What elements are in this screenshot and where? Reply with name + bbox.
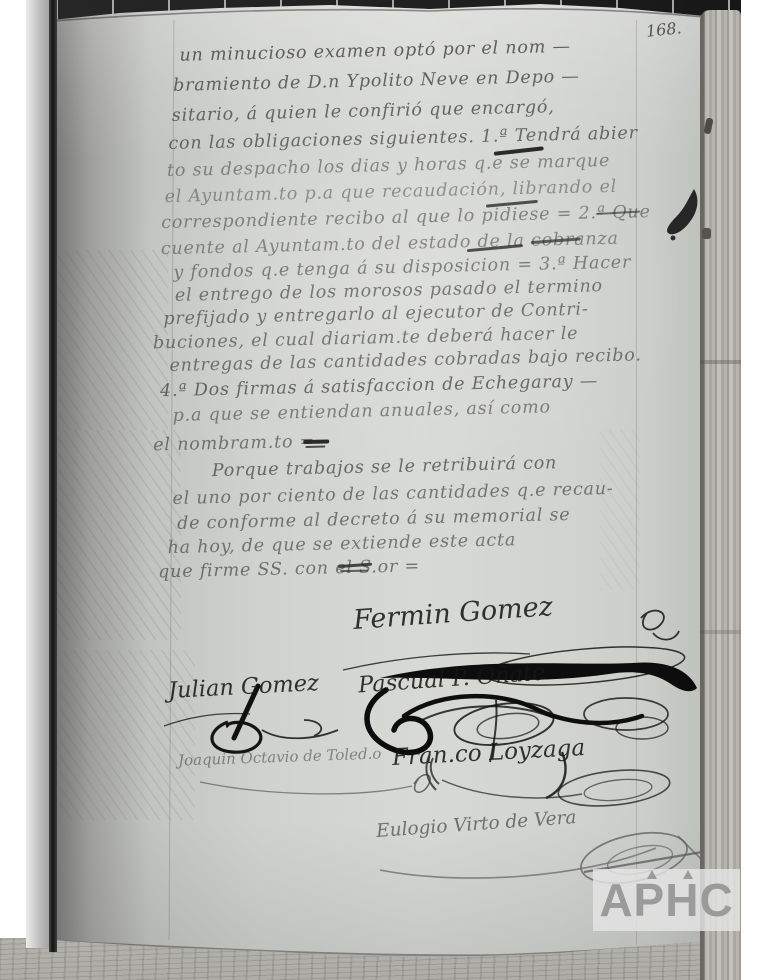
aphc-watermark: APHC [593,869,740,931]
watermark-text: APHC [593,869,740,931]
page-stack-band [700,630,741,634]
manuscript-page: 168. un minucioso examen optó por el nom… [0,0,757,980]
underline-accent [305,446,325,448]
fore-edge-page-stack [700,10,741,980]
manuscript-line: ha hoy, de que se extiende este acta [167,532,516,557]
watermark-spike [683,870,693,879]
manuscript-line: to su despacho los dias y horas q.e se m… [167,153,610,181]
manuscript-line: correspondiente recibo al que lo pidiese… [161,204,651,233]
scan-margin-left [0,0,26,938]
scan-margin-right [741,0,757,980]
manuscript-line: que firme SS. con el S.or = [158,558,420,581]
manuscript-line: el uno por ciento de las cantidades q.e … [172,481,613,509]
manuscript-line: el nombram.to = [153,434,315,455]
manuscript-line: 4.ª Dos firmas á satisfaccion de Echegar… [160,373,598,400]
page-stack-band [700,360,741,364]
manuscript-line: un minucioso examen optó por el nom — [179,39,571,65]
signature-joaquin: Joaquin Octavio de Toled.o [172,746,482,808]
manuscript-line: con las obligaciones siguientes. 1.ª Ten… [168,125,638,153]
manuscript-line: bramiento de D.n Ypolito Neve en Depo — [173,69,580,96]
manuscript-line: Porque trabajos se le retribuirá con [212,455,558,480]
manuscript-line: p.a que se entiendan anuales, así como [172,399,551,425]
watermark-spike [647,870,657,879]
fore-edge-fleck [702,228,711,239]
book-gutter [49,0,57,952]
manuscript-line: el Ayuntam.to p.a que recaudación, libra… [164,179,617,207]
underline-accent [303,439,329,444]
archive-photo: 168. un minucioso examen optó por el nom… [0,0,757,980]
manuscript-line: sitario, á quien le confirió que encargó… [172,99,555,125]
